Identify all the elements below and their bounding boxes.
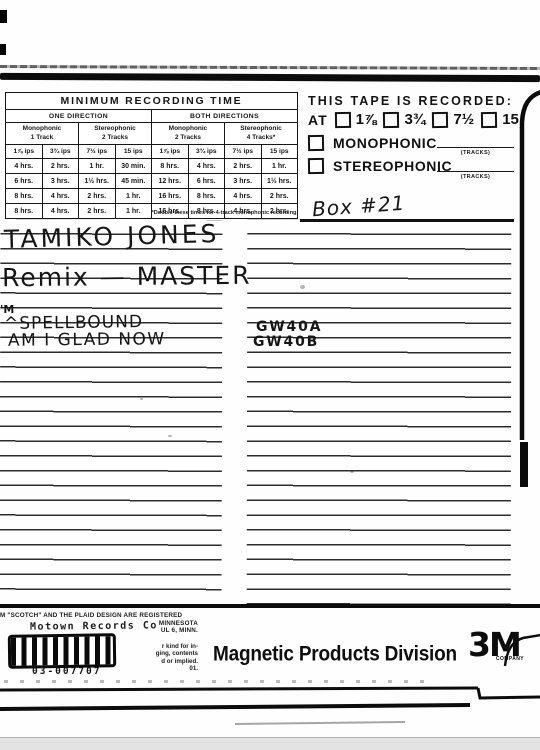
table-row: 6 hrs. 3 hrs. 1½ hrs. 45 min. 12 hrs. 6 … (6, 174, 298, 189)
trademark-line: M "SCOTCH" AND THE PLAID DESIGN ARE REGI… (0, 612, 198, 620)
handwritten-title: Remix — MASTER (2, 261, 252, 293)
speed-option: 1⅞ (356, 111, 377, 128)
time-cell: 1½ hrs. (79, 174, 116, 189)
table-title: MINIMUM RECORDING TIME (6, 93, 298, 110)
tape-box-scan: MINIMUM RECORDING TIME ONE DIRECTION BOT… (0, 0, 540, 750)
speed-checkbox (383, 111, 399, 127)
recorded-panel-title: THIS TAPE IS RECORDED: (308, 94, 513, 108)
handwritten-artist: TAMIKO JONES (4, 219, 220, 254)
speed-header: 1⅞ ips (152, 145, 189, 159)
speed-option: 15 (502, 111, 519, 128)
speed-checkbox (334, 111, 350, 127)
scan-fold-line (0, 73, 540, 82)
fine-print-line: ging, contents (132, 650, 198, 657)
time-cell: 8 hrs. (6, 189, 43, 204)
time-cell: 30 min. (115, 159, 152, 174)
handwritten-box-number: Box #21 (311, 191, 406, 221)
speed-header: 3¾ ips (42, 145, 79, 159)
scan-noise (4, 680, 434, 683)
format-line: Monophonic (6, 125, 78, 133)
stereophonic-label: STEREOPHONIC (333, 158, 452, 174)
monophonic-label: MONOPHONIC (333, 135, 437, 151)
time-cell: 6 hrs. (6, 174, 43, 189)
footer-divider (0, 604, 540, 608)
tracks-caption: (TRACKS) (437, 174, 514, 180)
fine-print-line: 01. (132, 665, 198, 672)
speed-header: 15 ips (115, 145, 152, 159)
stamp-number: 03-007707 (32, 666, 101, 677)
time-cell: 3 hrs. (42, 174, 79, 189)
stereophonic-row: STEREOPHONIC (308, 158, 452, 174)
format-line: Monophonic (152, 125, 224, 133)
table-footnote: *Double these times for 4-track monophon… (5, 210, 298, 216)
speed-header: 15 ips (261, 145, 298, 159)
ruled-lines-right (247, 220, 512, 608)
scan-mark (0, 44, 6, 55)
tracks-write-line (437, 147, 514, 148)
scan-mark (0, 10, 7, 23)
speed-checkbox (481, 111, 497, 127)
handwritten-code-a: GW40A (256, 319, 322, 335)
time-cell: 1 hr. (115, 189, 152, 204)
monophonic-checkbox (308, 135, 324, 151)
format-header: Monophonic 1 Track (6, 123, 79, 145)
speed-header: 7½ ips (79, 145, 116, 159)
division-title: Magnetic Products Division (213, 643, 457, 667)
3m-logo: 3M COMPANY (468, 630, 524, 662)
fine-print-line: d or implied. (132, 658, 198, 665)
fine-print-line: r kind for in- (132, 643, 198, 650)
time-cell: 2 hrs. (79, 189, 116, 204)
time-cell: 4 hrs. (42, 189, 79, 204)
format-header: Stereophonic 4 Tracks* (225, 123, 298, 145)
time-cell: 8 hrs. (152, 159, 189, 174)
time-cell: 16 hrs. (152, 189, 189, 204)
format-line: 4 Tracks* (225, 134, 297, 142)
format-line: 1 Track (6, 134, 78, 142)
time-cell: 4 hrs. (188, 159, 225, 174)
handwritten-code-b: GW40B (253, 334, 319, 350)
recording-time-table: MINIMUM RECORDING TIME ONE DIRECTION BOT… (5, 92, 298, 219)
time-cell: 2 hrs. (261, 189, 298, 204)
format-header: Monophonic 2 Tracks (152, 123, 225, 145)
format-line: Stereophonic (225, 125, 297, 133)
direction-header-both: BOTH DIRECTIONS (152, 110, 298, 123)
time-cell: 1 hr. (79, 159, 116, 174)
time-cell: 12 hrs. (152, 174, 189, 189)
speed-header: 3¾ ips (188, 145, 225, 159)
speed-option: 7½ (453, 111, 474, 128)
table-row: 8 hrs. 4 hrs. 2 hrs. 1 hr. 16 hrs. 8 hrs… (6, 189, 298, 204)
tracks-write-line (437, 171, 514, 172)
record-company-stamp: Motown Records Co (30, 620, 158, 632)
format-line: Stereophonic (79, 125, 151, 133)
speed-option: 3¾ (404, 111, 425, 128)
scan-edge-band (0, 737, 540, 750)
tracks-caption: (TRACKS) (437, 150, 514, 156)
time-cell: 45 min. (115, 174, 152, 189)
speed-checkbox (432, 111, 448, 127)
scan-fold-line (0, 65, 540, 70)
monophonic-row: MONOPHONIC (308, 135, 437, 151)
speed-header: 1⅞ ips (6, 145, 43, 159)
handwritten-track-2: AM I GLAD NOW (8, 329, 166, 350)
fine-print-fragment: r kind for in- ging, contents d or impli… (132, 643, 198, 672)
time-cell: 4 hrs. (225, 189, 262, 204)
time-cell: 1½ hrs. (261, 174, 298, 189)
time-cell: 8 hrs. (188, 189, 225, 204)
format-line: 2 Tracks (152, 134, 224, 142)
stereophonic-checkbox (308, 158, 324, 174)
barcode-stamp (8, 633, 116, 669)
time-cell: 2 hrs. (225, 159, 262, 174)
time-cell: 6 hrs. (188, 174, 225, 189)
direction-header-one: ONE DIRECTION (6, 110, 152, 123)
format-line: 2 Tracks (79, 134, 151, 142)
speed-header: 7½ ips (225, 145, 262, 159)
time-cell: 2 hrs. (42, 159, 79, 174)
format-header: Stereophonic 2 Tracks (79, 123, 152, 145)
time-cell: 1 hr. (261, 159, 298, 174)
time-cell: 4 hrs. (6, 159, 43, 174)
at-label: AT (308, 112, 328, 128)
time-cell: 3 hrs. (225, 174, 262, 189)
table-row: 4 hrs. 2 hrs. 1 hr. 30 min. 8 hrs. 4 hrs… (6, 159, 298, 174)
speed-checkbox-row: AT 1⅞ 3¾ 7½ 15 (308, 111, 519, 128)
